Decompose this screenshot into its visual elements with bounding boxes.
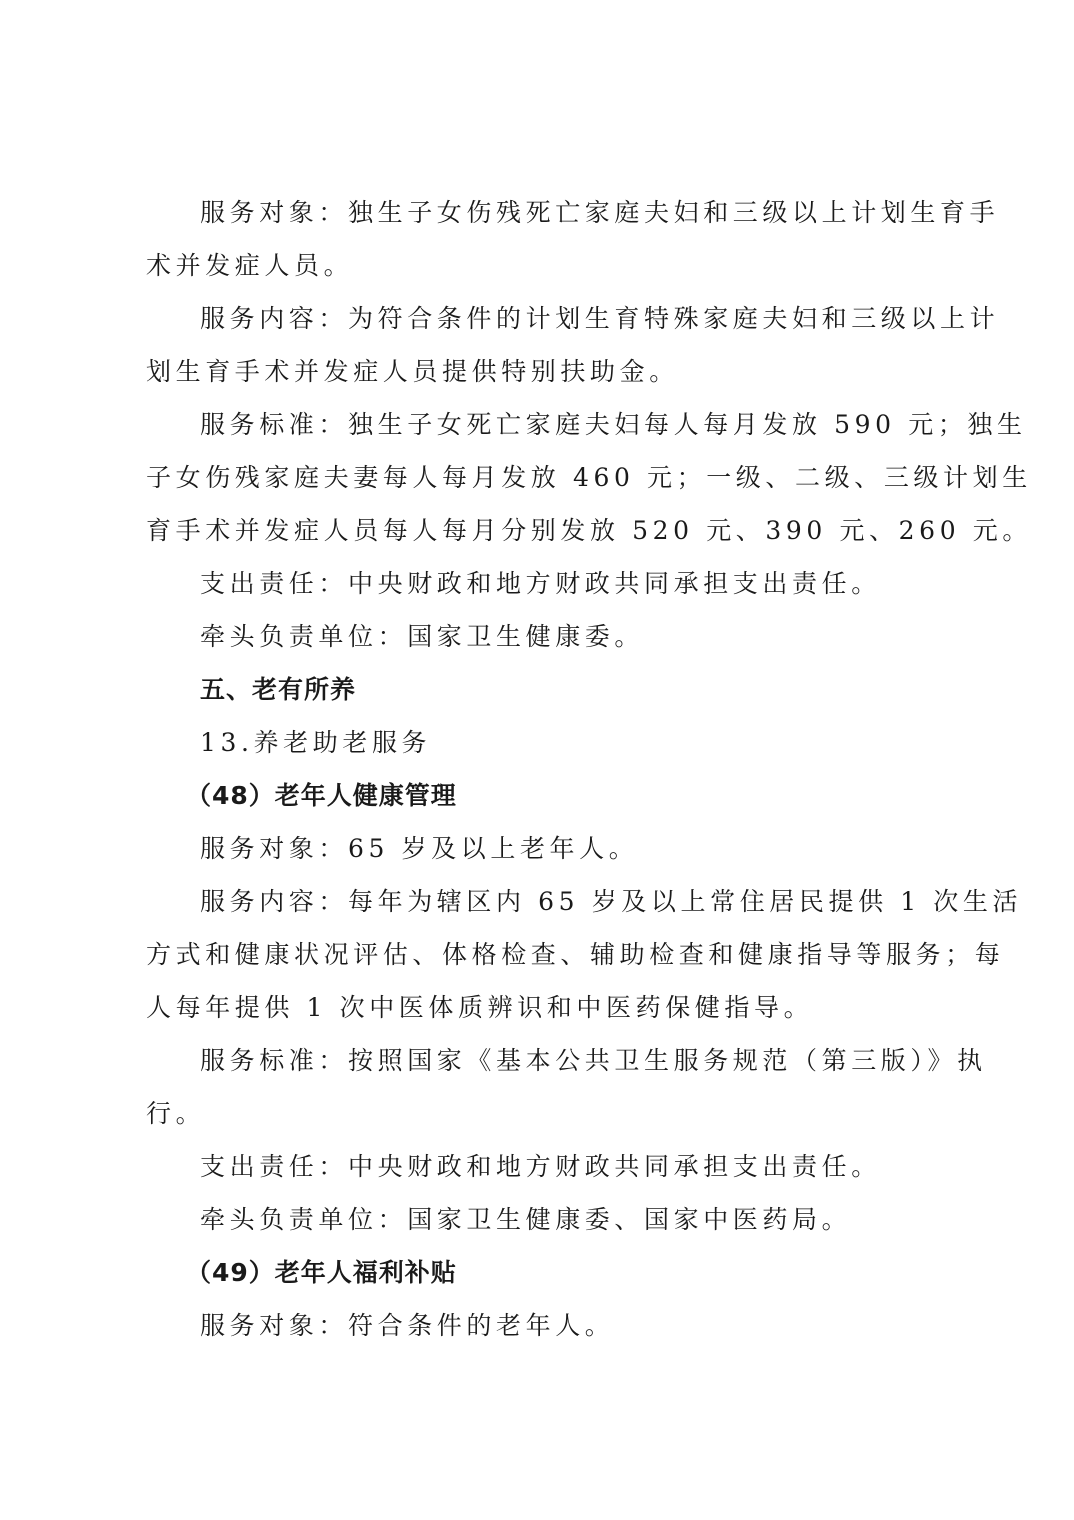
document-page: 服务对象：独生子女伤残死亡家庭夫妇和三级以上计划生育手术并发症人员。服务内容：为… [0,0,1074,1520]
section-heading: （49）老年人福利补贴 [186,1258,922,1288]
paragraph-line: 育手术并发症人员每人每月分别发放 520 元、390 元、260 元。 [146,516,936,546]
paragraph-line: 划生育手术并发症人员提供特别扶助金。 [146,357,936,387]
paragraph-line: 支出责任：中央财政和地方财政共同承担支出责任。 [200,569,936,599]
paragraph-line: 服务标准：按照国家《基本公共卫生服务规范（第三版）》执 [200,1046,936,1076]
paragraph-line: 服务标准：独生子女死亡家庭夫妇每人每月发放 590 元；独生 [200,410,936,440]
paragraph-line: 行。 [146,1099,936,1129]
paragraph-line: 术并发症人员。 [146,251,936,281]
paragraph-line: 服务内容：为符合条件的计划生育特殊家庭夫妇和三级以上计 [200,304,936,334]
paragraph-line: 服务对象：符合条件的老年人。 [200,1311,936,1341]
paragraph-line: 子女伤残家庭夫妻每人每月发放 460 元；一级、二级、三级计划生 [146,463,936,493]
paragraph-line: 支出责任：中央财政和地方财政共同承担支出责任。 [200,1152,936,1182]
section-heading: （48）老年人健康管理 [186,781,922,811]
paragraph-line: 方式和健康状况评估、体格检查、辅助检查和健康指导等服务；每 [146,940,936,970]
paragraph-line: 服务对象：独生子女伤残死亡家庭夫妇和三级以上计划生育手 [200,198,936,228]
section-heading: 五、老有所养 [200,675,936,705]
paragraph-line: 13.养老助老服务 [200,728,936,758]
paragraph-line: 牵头负责单位：国家卫生健康委。 [200,622,936,652]
paragraph-line: 服务内容：每年为辖区内 65 岁及以上常住居民提供 1 次生活 [200,887,936,917]
paragraph-line: 牵头负责单位：国家卫生健康委、国家中医药局。 [200,1205,936,1235]
paragraph-line: 服务对象：65 岁及以上老年人。 [200,834,936,864]
paragraph-line: 人每年提供 1 次中医体质辨识和中医药保健指导。 [146,993,936,1023]
